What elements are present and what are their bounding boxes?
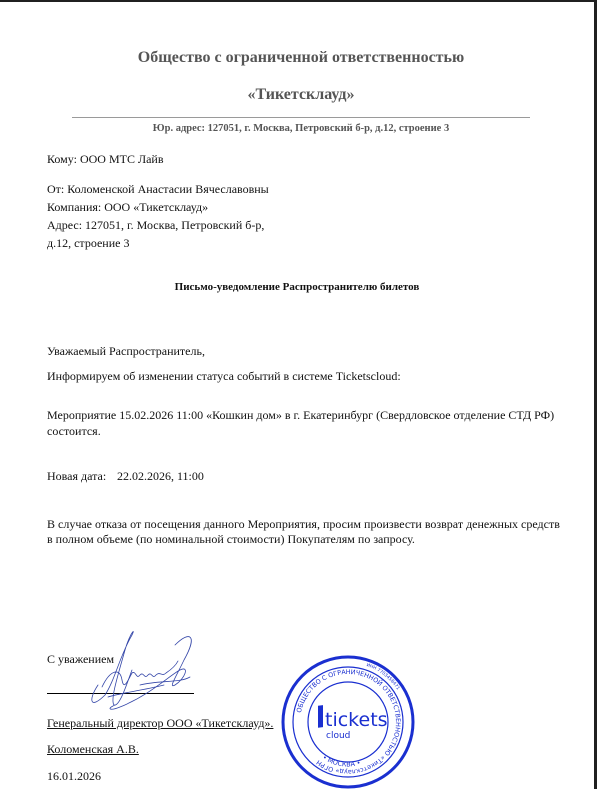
letterhead-legal-address: Юр. адрес: 127051, г. Москва, Петровский… xyxy=(72,123,530,134)
refund-line-2: в полном объеме (по номинальной стоимост… xyxy=(47,532,415,547)
event-line-2: состоится. xyxy=(47,424,101,439)
new-date-value: 22.02.2026, 11:00 xyxy=(117,469,204,484)
handwritten-signature xyxy=(80,625,210,715)
sender-company: Компания: ООО «Тикетсклауд» xyxy=(47,200,208,215)
refund-line-1: В случае отказа от посещения данного Мер… xyxy=(47,517,560,532)
stamp-logo-cloud: cloud xyxy=(326,731,350,741)
signer-name: Коломенская А.В. xyxy=(47,742,139,757)
new-date-label: Новая дата: xyxy=(47,469,106,484)
letterhead-company-type: Общество с ограниченной ответственностью xyxy=(72,49,530,67)
signer-position: Генеральный директор ООО «Тикетсклауд». xyxy=(47,716,273,731)
company-stamp: ОБЩЕСТВО С ОГРАНИЧЕННОЙ ОТВЕТСТВЕННОСТЬЮ… xyxy=(281,655,415,789)
sender-address-line1: Адрес: 127051, г. Москва, Петровский б-р… xyxy=(47,218,264,233)
event-line-1: Мероприятие 15.02.2026 11:00 «Кошкин дом… xyxy=(47,408,554,423)
recipient: Кому: ООО МТС Лайв xyxy=(47,152,164,167)
letter-title: Письмо-уведомление Распространителю биле… xyxy=(0,281,594,293)
greeting: Уважаемый Распространитель, xyxy=(47,344,205,359)
sender-from: От: Коломенской Анастасии Вячеславовны xyxy=(47,182,269,197)
signature-date: 16.01.2026 xyxy=(47,769,101,784)
sender-address-line2: д.12, строение 3 xyxy=(47,236,129,251)
letterhead-company-name: «Тикетсклауд» xyxy=(72,86,530,104)
stamp-logo-tickets: tickets xyxy=(325,709,388,731)
intro: Информируем об изменении статуса событий… xyxy=(47,369,401,384)
stamp-logo-mark xyxy=(318,705,323,728)
letterhead-divider xyxy=(72,117,530,118)
